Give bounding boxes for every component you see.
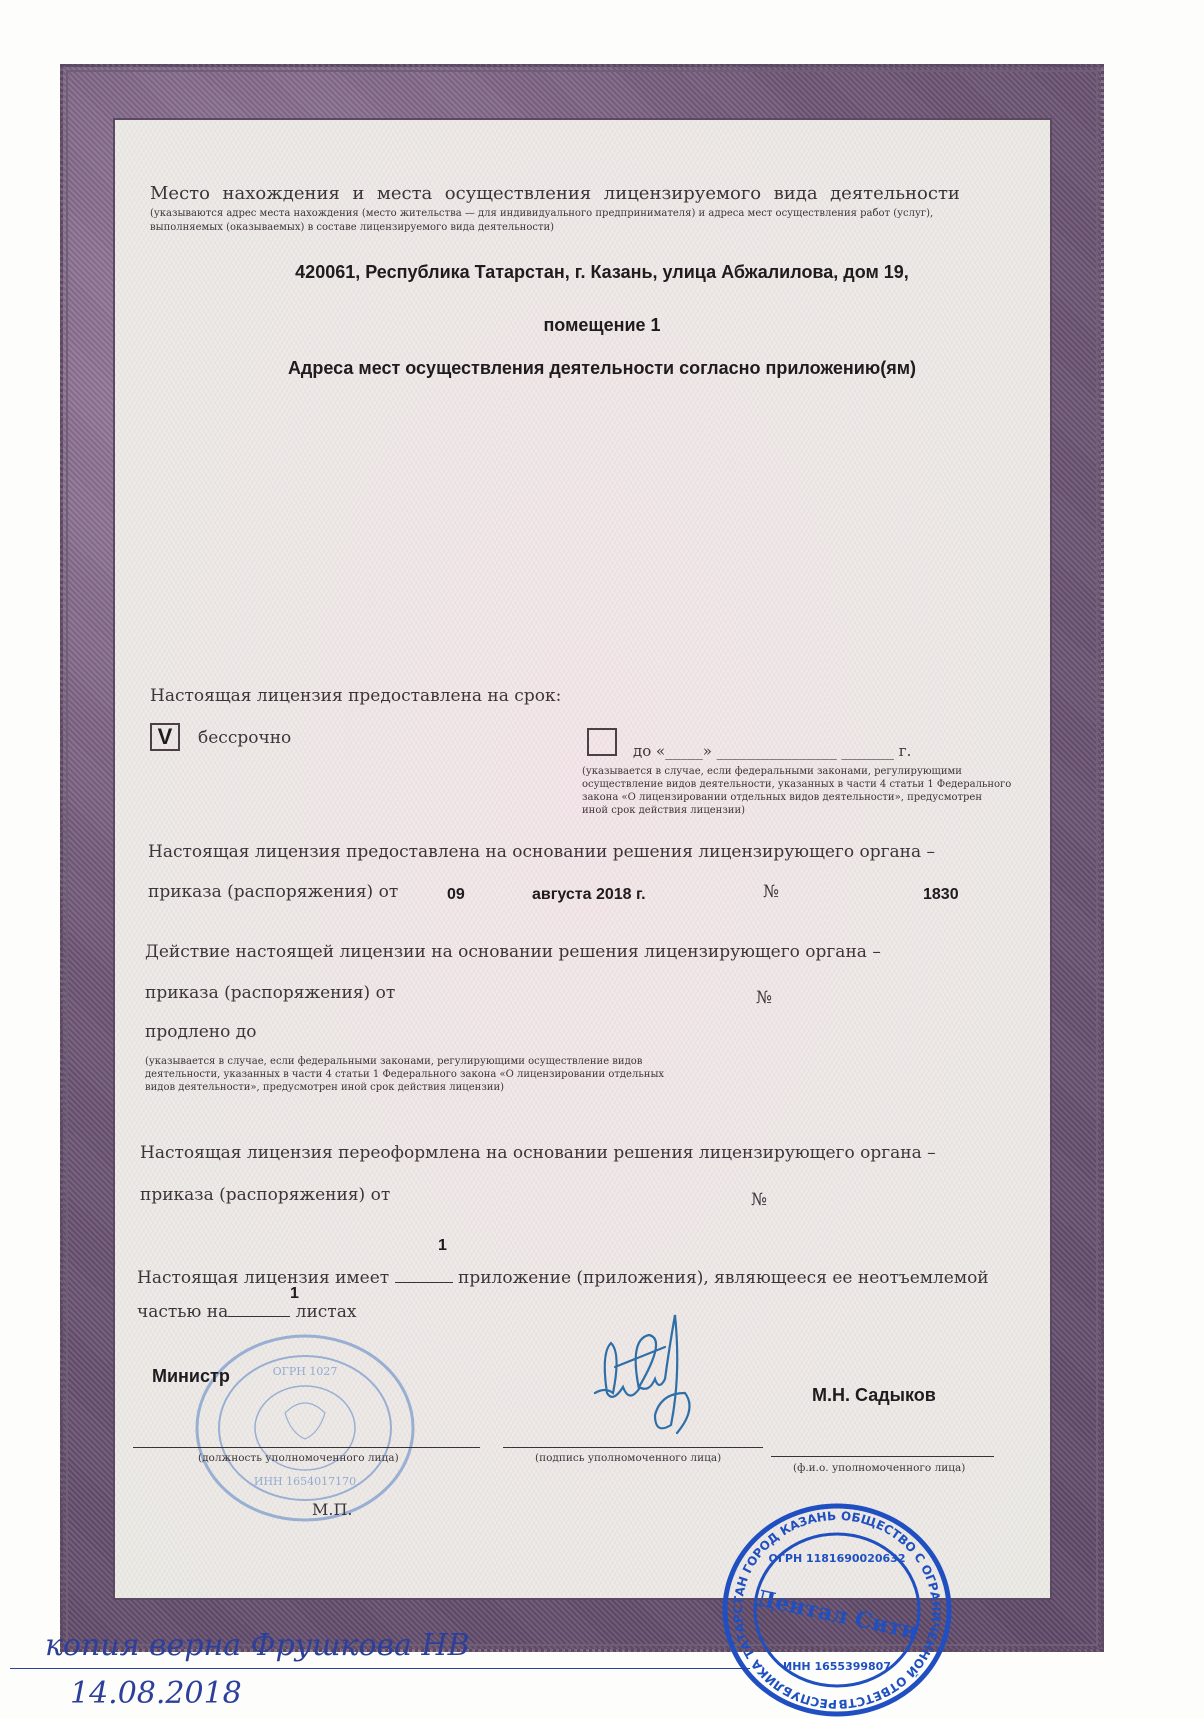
signature-icon xyxy=(585,1305,745,1445)
ministry-seal-icon: ОГРН 1027 ИНН 1654017170 xyxy=(193,1333,418,1523)
note-line: видов деятельности», предусмотрен иной с… xyxy=(145,1081,664,1094)
appendix-count-blank xyxy=(395,1268,453,1283)
heading-word: деятельности xyxy=(830,183,960,204)
seal-mark: М.П. xyxy=(312,1500,353,1519)
heading-word: осуществления xyxy=(445,183,592,204)
address-line-1: 420061, Республика Татарстан, г. Казань,… xyxy=(0,262,1204,283)
until-suffix: » xyxy=(703,742,712,760)
extension-number-sign: № xyxy=(756,988,772,1008)
basis-line-1: Настоящая лицензия предоставлена на осно… xyxy=(148,842,935,862)
appendix-line-2: частью на листах xyxy=(137,1302,356,1322)
signer-name: М.Н. Садыков xyxy=(812,1385,936,1406)
basis-month-year: августа 2018 г. xyxy=(532,886,646,904)
note-line: закона «О лицензировании отдельных видов… xyxy=(582,791,1011,804)
position-underline xyxy=(133,1447,480,1448)
heading-word: вида xyxy=(774,183,818,204)
certification-note: копия верна Фрушкова НВ xyxy=(45,1628,470,1663)
appendix-line2-prefix: частью на xyxy=(137,1302,228,1322)
term-heading: Настоящая лицензия предоставлена на срок… xyxy=(150,686,561,706)
location-heading: Место нахождения и места осуществления л… xyxy=(150,183,960,204)
svg-text:ОГРН 1027: ОГРН 1027 xyxy=(273,1365,338,1378)
heading-word: и xyxy=(352,183,364,204)
certification-underline xyxy=(10,1668,750,1669)
heading-word: нахождения xyxy=(222,183,339,204)
extended-until-label: продлено до xyxy=(145,1022,256,1042)
sheets-blank xyxy=(228,1302,290,1317)
svg-text:ИНН 1654017170: ИНН 1654017170 xyxy=(254,1475,356,1488)
note-line: (указывается в случае, если федеральными… xyxy=(145,1055,664,1068)
appendix-count: 1 xyxy=(438,1237,447,1255)
note-line: осуществление видов деятельности, указан… xyxy=(582,778,1011,791)
extension-note: (указывается в случае, если федеральными… xyxy=(145,1055,664,1094)
location-note-2: выполняемых (оказываемых) в составе лице… xyxy=(150,221,554,234)
reissue-line-1: Настоящая лицензия переоформлена на осно… xyxy=(140,1143,936,1163)
sheets-count: 1 xyxy=(290,1285,299,1303)
heading-word: лицензируемого xyxy=(604,183,761,204)
company-stamp-icon: РЕСПУБЛИКА ТАТАРСТАН ГОРОД КАЗАНЬ ОБЩЕСТ… xyxy=(720,1500,955,1718)
basis-day: 09 xyxy=(447,886,465,904)
note-line: (указывается в случае, если федеральными… xyxy=(582,765,1011,778)
extension-line-2: приказа (распоряжения) от xyxy=(145,983,395,1003)
until-month-blank: ________________ xyxy=(717,742,837,760)
position-caption: (должность уполномоченного лица) xyxy=(198,1452,399,1465)
until-year-suffix: г. xyxy=(899,742,912,760)
until-year-blank: _______ xyxy=(841,742,894,760)
appendix-line2-suffix: листах xyxy=(296,1302,357,1322)
appendix-middle: приложение (приложения), являющееся ее н… xyxy=(458,1268,989,1288)
appendix-line-1: Настоящая лицензия имеет приложение (при… xyxy=(137,1268,989,1288)
position-value: Министр xyxy=(152,1366,230,1387)
basis-line-2: приказа (распоряжения) от xyxy=(148,882,398,902)
extension-line-1: Действие настоящей лицензии на основании… xyxy=(145,942,881,962)
until-note: (указывается в случае, если федеральными… xyxy=(582,765,1011,817)
reissue-line-2: приказа (распоряжения) от xyxy=(140,1185,390,1205)
until-prefix: до « xyxy=(633,742,665,760)
heading-word: Место xyxy=(150,183,210,204)
svg-text:ОГРН 1181690020632: ОГРН 1181690020632 xyxy=(769,1552,906,1565)
note-line: деятельности, указанных в части 4 статьи… xyxy=(145,1068,664,1081)
check-mark: V xyxy=(158,724,173,750)
basis-number: 1830 xyxy=(923,886,959,904)
svg-text:ИНН 1655399807: ИНН 1655399807 xyxy=(783,1660,891,1673)
note-line: иной срок действия лицензии) xyxy=(582,804,1011,817)
appendix-prefix: Настоящая лицензия имеет xyxy=(137,1268,389,1288)
signature-underline xyxy=(503,1447,763,1448)
until-checkbox[interactable] xyxy=(587,728,617,756)
basis-number-sign: № xyxy=(763,882,779,902)
address-line-3: Адреса мест осуществления деятельности с… xyxy=(0,358,1204,379)
name-caption: (ф.и.о. уполномоченного лица) xyxy=(793,1462,965,1475)
certification-date: 14.08.2018 xyxy=(70,1676,242,1711)
svg-text:Дентал Сити: Дентал Сити xyxy=(754,1585,920,1645)
reissue-number-sign: № xyxy=(751,1190,767,1210)
signature-caption: (подпись уполномоченного лица) xyxy=(535,1452,721,1465)
unlimited-label: бессрочно xyxy=(198,728,291,748)
location-note-1: (указываются адрес места нахождения (мес… xyxy=(150,207,933,220)
heading-word: места xyxy=(377,183,432,204)
name-underline xyxy=(771,1456,994,1457)
unlimited-checkbox[interactable]: V xyxy=(150,723,180,751)
address-line-2: помещение 1 xyxy=(0,315,1204,336)
until-date-line: до «_____» ________________ _______ г. xyxy=(633,742,911,760)
until-day-blank: _____ xyxy=(665,742,703,760)
